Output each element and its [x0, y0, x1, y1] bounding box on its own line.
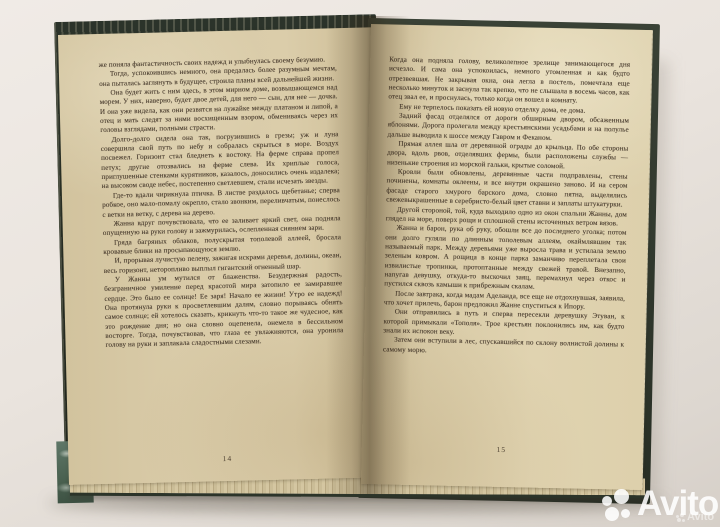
page-14-text: же поняла фантастичность своих надежд и …: [99, 55, 344, 350]
avito-watermark-small: Avito: [676, 511, 714, 523]
avito-logo-mini-icon: [676, 513, 685, 522]
paragraph: Жанна и барон, рука об руку, обошли все …: [384, 224, 626, 295]
page-number-right: 15: [381, 442, 622, 456]
book-page-left: же поняла фантастичность своих надежд и …: [58, 27, 385, 485]
paragraph: У Жанны ум мутился от блаженства. Безуде…: [104, 270, 344, 351]
avito-wordmark-small: Avito: [687, 511, 714, 523]
paragraph: Когда она подняла голову, великолепное з…: [388, 55, 630, 107]
page-15-text: Когда она подняла голову, великолепное з…: [383, 55, 630, 359]
paragraph: Она будет жить с ним здесь, в этом мирно…: [99, 83, 338, 136]
paragraph: Долго-долго сидела она так, погрузившись…: [100, 130, 339, 192]
paragraph: Кровли были обновлены, деревянные части …: [386, 168, 628, 211]
paragraph: Затем они вступили в лес, спускавшийся п…: [383, 336, 624, 360]
book-page-right: Когда она подняла голову, великолепное з…: [361, 24, 652, 490]
page-number-left: 14: [108, 451, 346, 466]
avito-logo-icon: [601, 489, 637, 525]
photo-of-open-book: же поняла фантастичность своих надежд и …: [0, 0, 720, 527]
